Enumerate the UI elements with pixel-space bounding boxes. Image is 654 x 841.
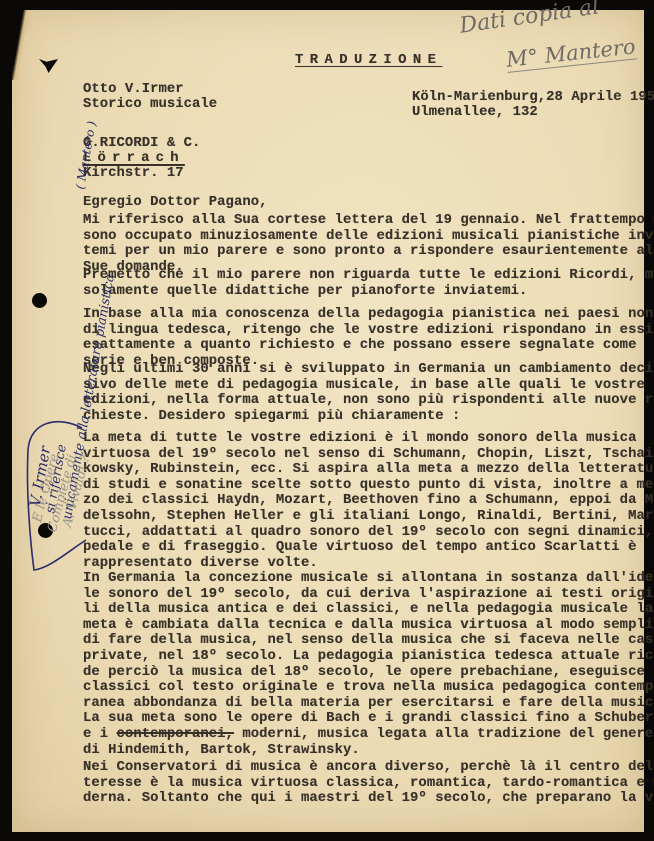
text-line: di Hindemith, Bartok, Strawinsky. (83, 743, 360, 759)
text-line-with-strikethrough: e i contemporanei, moderni, musica legat… (83, 727, 653, 743)
struck-word: contemporanei, (117, 726, 234, 742)
text-line: Nei Conservatori di musica è ancora dive… (83, 760, 654, 776)
punch-hole-upper (32, 293, 47, 308)
text-line: In Germania la concezione musicale si al… (83, 571, 654, 587)
sender-address: Ulmenallee, 132 (412, 105, 538, 121)
salutation: Egregio Dottor Pagano, (83, 195, 268, 211)
text-line: private, nel 18º secolo. La pedagogia pi… (83, 649, 654, 665)
text-line: di lingua tedesca, ritengo che le vostre… (83, 323, 653, 339)
text-line: sivo delle mete di pedagogia musicale, i… (83, 378, 645, 394)
text-line: esattamente a quanto richiesto e che pos… (83, 338, 636, 354)
sender-role: Storico musicale (83, 97, 217, 113)
text-line: kowsky, Rubinstein, ecc. Si aspira alla … (83, 462, 654, 478)
text-line: virtuosa del 19º secolo nel senso di Sch… (83, 447, 654, 463)
text-after-strike: moderni, musica legata alla tradizione d… (234, 726, 653, 742)
text-line: In base alla mia conoscenza della pedago… (83, 307, 653, 323)
text-line: edizioni, nella forma attuale, non sono … (83, 393, 654, 409)
text-line: li della musica antica e dei classici, e… (83, 602, 653, 618)
text-line: Premetto che il mio parere non riguarda … (83, 268, 654, 284)
text-line: sono occupato minuziosamente delle edizi… (83, 229, 654, 245)
text-line: temi per un mio parere e sono pronto a r… (83, 244, 654, 260)
text-line: Negli ultimi 30 anni si è sviluppato in … (83, 362, 654, 378)
text-line: de perciò la musica del 18º secolo, le o… (83, 665, 654, 681)
text-line: delssohn, Stephen Heller e gli italiani … (83, 509, 654, 525)
text-line: La meta di tutte le vostre edizioni è il… (83, 431, 636, 447)
text-line: zo dei classici Haydn, Mozart, Beethoven… (83, 493, 654, 509)
text-line: derna. Soltanto che qui i maestri del 19… (83, 791, 654, 807)
text-line: tucci, addattati al quadro sonoro del 19… (83, 525, 654, 541)
document-title: TRADUZIONE (295, 53, 442, 69)
text-line: Mi riferisco alla Sua cortese lettera de… (83, 213, 654, 229)
text-line: pedale e di fraseggio. Quale virtuoso de… (83, 540, 636, 556)
text-line: La sua meta sono le opere di Bach e i gr… (83, 711, 654, 727)
text-line: classici col testo originale e trova nel… (83, 680, 654, 696)
text-line: chieste. Desidero spiegarmi più chiarame… (83, 409, 460, 425)
recipient-street: Kirchstr. 17 (83, 166, 184, 182)
text-before-strike: e i (83, 726, 117, 742)
text-line: solamente quelle didattiche per pianofor… (83, 284, 527, 300)
text-line: di fare della musica, nel senso della mu… (83, 633, 654, 649)
text-line: teresse è la musica virtuosa classica, r… (83, 776, 654, 792)
text-line: le sonoro del 19º secolo, da cui deriva … (83, 587, 654, 603)
